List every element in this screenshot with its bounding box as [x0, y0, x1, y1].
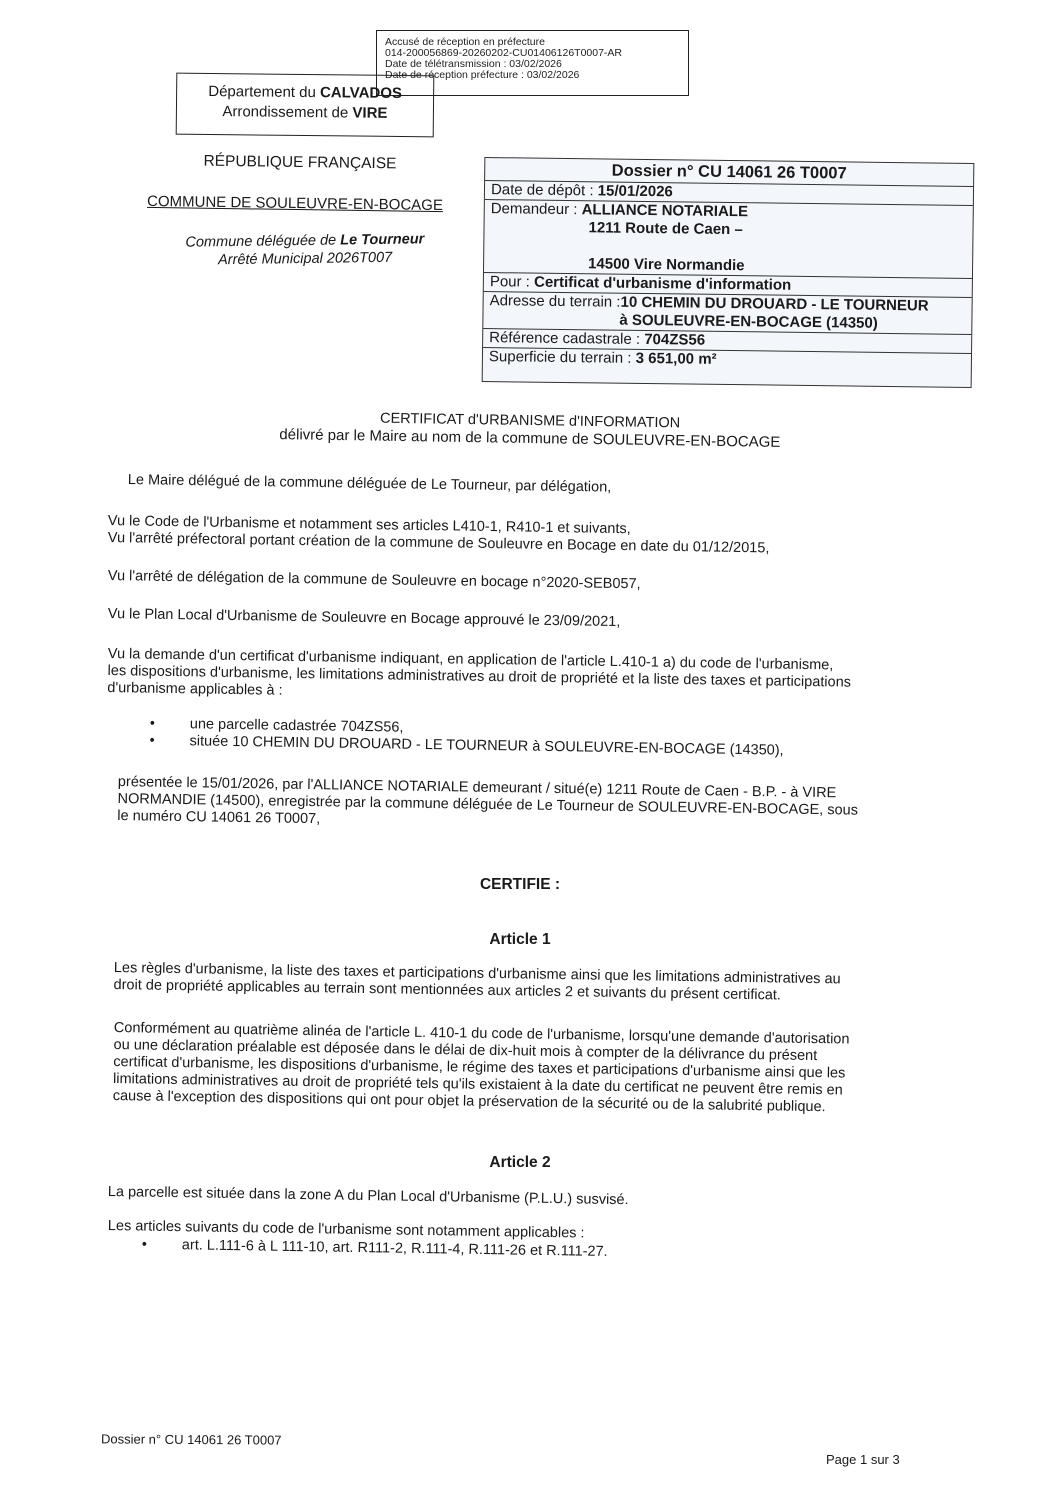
- pour-label: Pour :: [490, 273, 534, 291]
- adresse-terrain-label: Adresse du terrain :: [490, 292, 621, 311]
- department-name: CALVADOS: [320, 84, 402, 102]
- commune-deleguee-name: Le Tourneur: [340, 231, 424, 248]
- commune-deleguee-label: Commune déléguée de: [185, 233, 340, 251]
- article-1-heading: Article 1: [100, 931, 940, 949]
- demandeur-row: Demandeur : ALLIANCE NOTARIALE 1211 Rout…: [484, 200, 973, 279]
- date-depot-label: Date de dépôt :: [491, 181, 598, 199]
- article-2-zone: La parcelle est située dans la zone A du…: [108, 1184, 938, 1214]
- department-box: Département du CALVADOS Arrondissement d…: [176, 73, 435, 138]
- vu-arrete-delegation: Vu l'arrêté de délégation de la commune …: [108, 568, 938, 598]
- dossier-info-box: Dossier n° CU 14061 26 T0007 Date de dép…: [482, 157, 975, 388]
- pour-value: Certificat d'urbanisme d'information: [534, 274, 791, 294]
- article-1-paragraph-1: Les règles d'urbanisme, la liste des tax…: [113, 960, 943, 1007]
- demandeur-name: ALLIANCE NOTARIALE: [582, 201, 749, 220]
- date-depot-value: 15/01/2026: [598, 182, 673, 200]
- department-label: Département du: [208, 83, 320, 101]
- department-line: Département du CALVADOS: [177, 82, 433, 105]
- demandeur-label: Demandeur :: [491, 200, 582, 218]
- arrondissement-line: Arrondissement de VIRE: [177, 102, 433, 125]
- certifie-heading: CERTIFIE :: [100, 876, 940, 894]
- bullet-icon: •: [108, 715, 190, 733]
- parcel-bullet-list: •une parcelle cadastrée 704ZS56, •située…: [107, 715, 937, 762]
- adresse-terrain-row: Adresse du terrain :10 CHEMIN DU DROUARD…: [483, 292, 971, 335]
- footer-page-number: Page 1 sur 3: [826, 1452, 900, 1467]
- vu-demande-paragraph: Vu la demande d'un certificat d'urbanism…: [107, 646, 938, 710]
- commune-deleguee-block: Commune déléguée de Le Tourneur Arrêté M…: [150, 230, 460, 270]
- reference-cadastrale-label: Référence cadastrale :: [489, 329, 644, 348]
- demandeur-address-1: 1211 Route de Caen –: [588, 219, 742, 238]
- arrondissement-label: Arrondissement de: [222, 103, 352, 121]
- article-2-heading: Article 2: [100, 1154, 940, 1172]
- superficie-value: 3 651,00 m²: [636, 350, 717, 368]
- commune-heading: COMMUNE DE SOULEUVRE-EN-BOCAGE: [130, 193, 460, 215]
- bullet-icon: •: [100, 1236, 182, 1254]
- adresse-terrain-line-2: à SOULEUVRE-EN-BOCAGE (14350): [619, 312, 878, 332]
- demandeur-address-2: 14500 Vire Normandie: [588, 255, 745, 274]
- arrondissement-name: VIRE: [352, 104, 387, 121]
- superficie-label: Superficie du terrain :: [489, 348, 636, 367]
- article-1-paragraph-2: Conformément au quatrième alinéa de l'ar…: [113, 1020, 944, 1118]
- presentee-paragraph: présentée le 15/01/2026, par l'ALLIANCE …: [117, 774, 948, 838]
- reference-cadastrale-value: 704ZS56: [644, 331, 705, 349]
- vu-plan-local: Vu le Plan Local d'Urbanisme de Souleuvr…: [108, 606, 938, 636]
- bullet-icon: •: [107, 732, 189, 750]
- certificate-title-block: CERTIFICAT d'URBANISME d'INFORMATION dél…: [230, 407, 830, 452]
- maire-line: Le Maire délégué de la commune déléguée …: [128, 472, 958, 502]
- republic-heading: RÉPUBLIQUE FRANÇAISE: [170, 152, 430, 174]
- footer-dossier-number: Dossier n° CU 14061 26 T0007: [101, 1431, 282, 1447]
